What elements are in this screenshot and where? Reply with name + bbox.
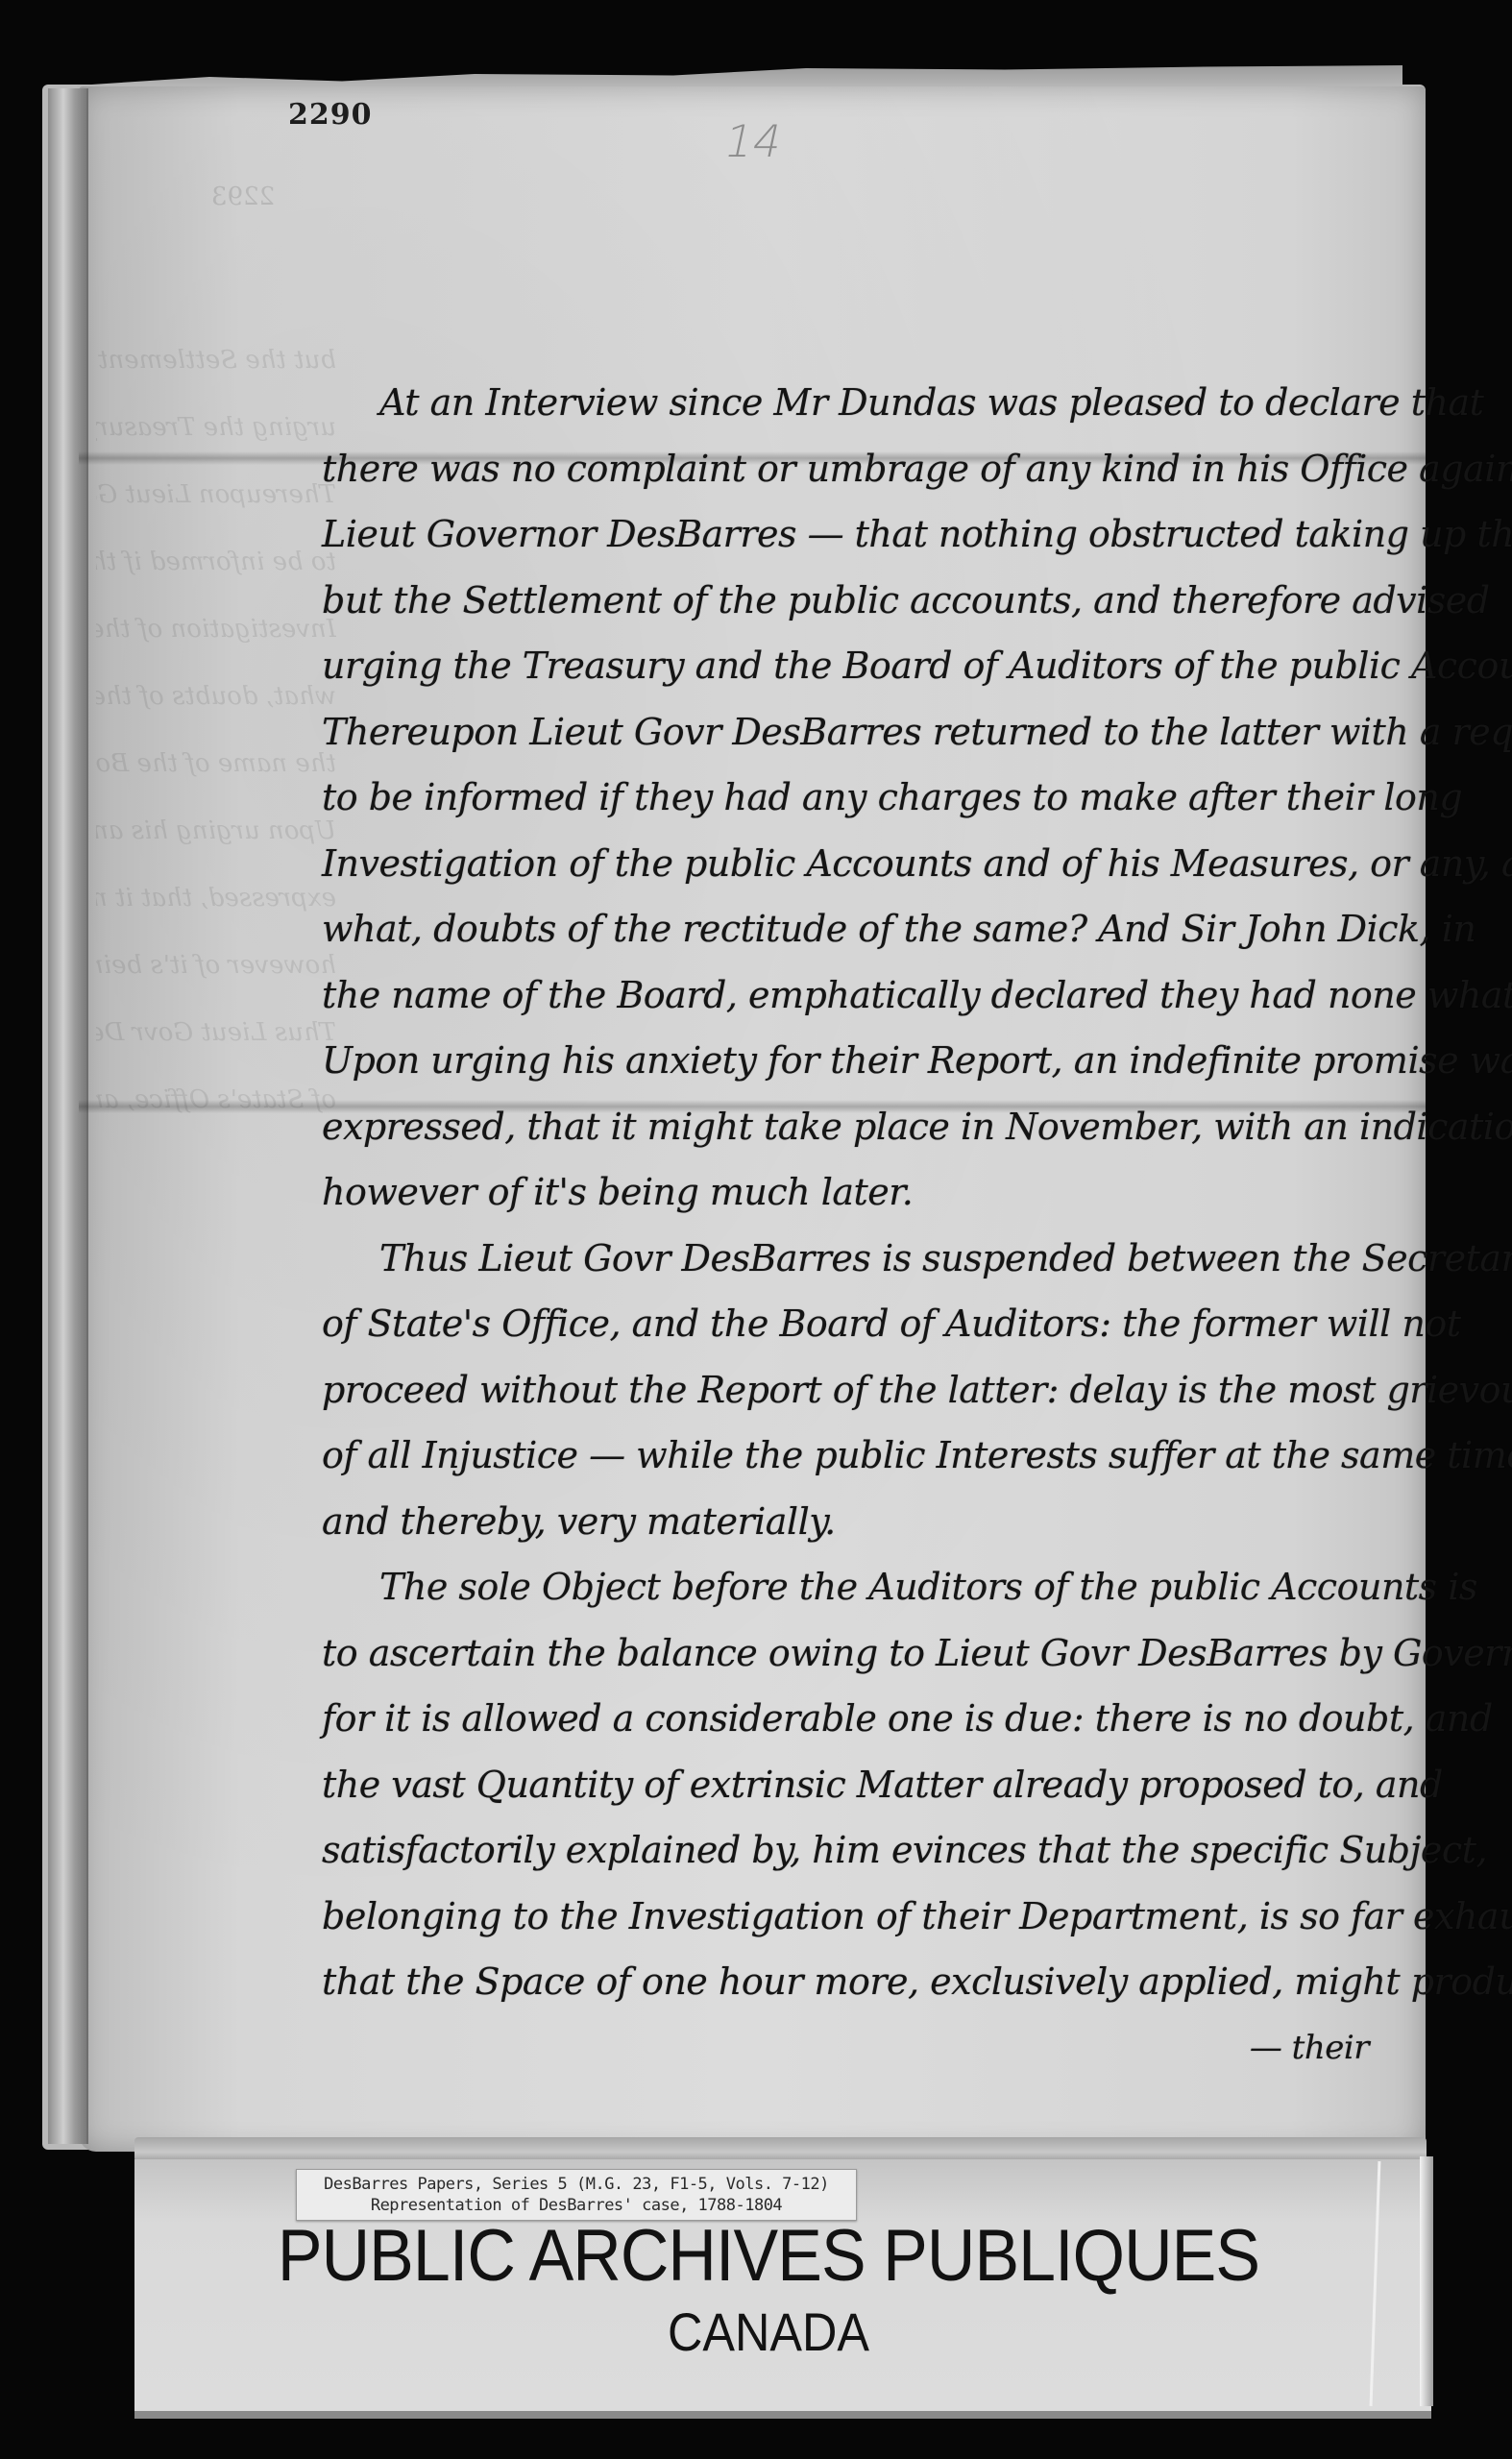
manuscript-line: the vast Quantity of extrinsic Matter al… bbox=[322, 1752, 1436, 1818]
folio-pencil-number: 14 bbox=[719, 115, 787, 167]
manuscript-line: Thus Lieut Govr DesBarres is suspended b… bbox=[322, 1226, 1436, 1292]
binding-fold bbox=[48, 88, 88, 2144]
card-bottom-edge bbox=[134, 2411, 1431, 2419]
manuscript-line: for it is allowed a considerable one is … bbox=[322, 1686, 1436, 1752]
catchword: — their bbox=[322, 2015, 1436, 2082]
bleed-through-line: but the Settlement of the public account… bbox=[96, 346, 336, 403]
bleed-through-line: Investigation of the public Accounts and… bbox=[96, 615, 336, 672]
bleed-through-line: what, doubts of the rectitude of the sam… bbox=[96, 682, 336, 740]
collection-label-series: DesBarres Papers, Series 5 (M.G. 23, F1-… bbox=[297, 2174, 856, 2195]
manuscript-line: to ascertain the balance owing to Lieut … bbox=[322, 1620, 1436, 1687]
bleed-through-line: the name of the Board, emphatically decl… bbox=[96, 749, 336, 807]
bleed-through-line: of State's Office, and the Board of Audi… bbox=[96, 1085, 336, 1143]
manuscript-line: satisfactorily explained by, him evinces… bbox=[322, 1817, 1436, 1884]
bleed-through-line: Thereupon Lieut Govr DesBarres returned … bbox=[96, 480, 336, 538]
archives-institution-name: PUBLIC ARCHIVES PUBLIQUES bbox=[274, 2214, 1263, 2298]
manuscript-line: the name of the Board, emphatically decl… bbox=[322, 962, 1436, 1029]
bleed-through-line: to be informed if they had any charges t… bbox=[96, 548, 336, 605]
manuscript-line: Investigation of the public Accounts and… bbox=[322, 831, 1436, 897]
manuscript-line: urging the Treasury and the Board of Aud… bbox=[322, 633, 1436, 699]
manuscript-line: The sole Object before the Auditors of t… bbox=[322, 1554, 1436, 1620]
bleed-through-line: Thus Lieut Govr DesBarres is suspended b… bbox=[96, 1018, 336, 1076]
manuscript-line: of State's Office, and the Board of Audi… bbox=[322, 1291, 1436, 1357]
manuscript-line: belonging to the Investigation of their … bbox=[322, 1884, 1436, 1950]
bleed-through-line: however of it's being much later. bbox=[96, 951, 336, 1009]
archives-country: CANADA bbox=[284, 2301, 1253, 2363]
manuscript-line: and thereby, very materially. bbox=[322, 1489, 1436, 1555]
bleed-through-line: Upon urging his anxiety for their Report… bbox=[96, 816, 336, 874]
folio-stamp-number: 2290 bbox=[288, 98, 373, 132]
manuscript-line: At an Interview since Mr Dundas was plea… bbox=[322, 370, 1436, 436]
manuscript-text: At an Interview since Mr Dundas was plea… bbox=[322, 370, 1436, 2081]
bleed-through-text: but the Settlement of the public account… bbox=[96, 346, 336, 1153]
manuscript-line: Lieut Governor DesBarres — that nothing … bbox=[322, 501, 1436, 568]
manuscript-line: to be informed if they had any charges t… bbox=[322, 765, 1436, 831]
bleed-through-line: urging the Treasury and the Board of Aud… bbox=[96, 413, 336, 471]
manuscript-line: that the Space of one hour more, exclusi… bbox=[322, 1949, 1436, 2015]
manuscript-line: there was no complaint or umbrage of any… bbox=[322, 436, 1436, 502]
manuscript-line: Thereupon Lieut Govr DesBarres returned … bbox=[322, 699, 1436, 766]
manuscript-line: Upon urging his anxiety for their Report… bbox=[322, 1028, 1436, 1094]
collection-label-title: Representation of DesBarres' case, 1788-… bbox=[297, 2195, 856, 2216]
collection-label: DesBarres Papers, Series 5 (M.G. 23, F1-… bbox=[296, 2169, 857, 2221]
manuscript-line: of all Injustice — while the public Inte… bbox=[322, 1423, 1436, 1489]
card-edge bbox=[1420, 2156, 1433, 2406]
manuscript-line: proceed without the Report of the latter… bbox=[322, 1357, 1436, 1424]
manuscript-line: but the Settlement of the public account… bbox=[322, 568, 1436, 634]
manuscript-line: what, doubts of the rectitude of the sam… bbox=[322, 896, 1436, 962]
manuscript-line: expressed, that it might take place in N… bbox=[322, 1094, 1436, 1160]
bleed-through-stamp: 2293 bbox=[211, 183, 275, 211]
bleed-through-line: expressed, that it might take place in N… bbox=[96, 884, 336, 941]
manuscript-line: however of it's being much later. bbox=[322, 1159, 1436, 1226]
